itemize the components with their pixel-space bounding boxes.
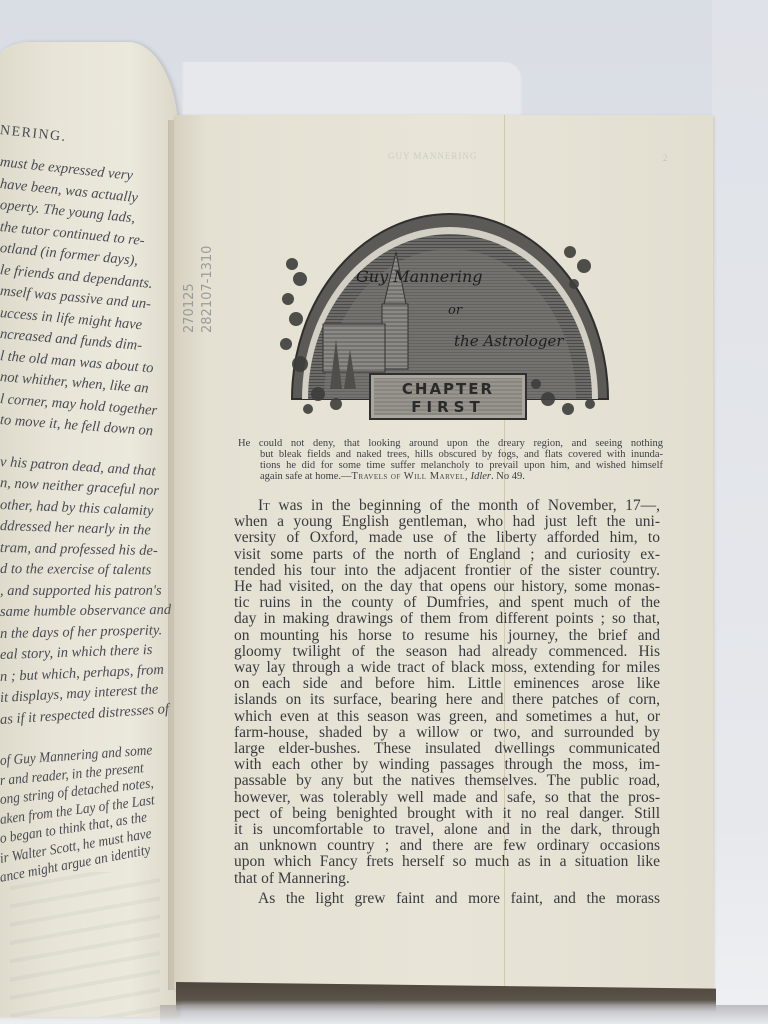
show-through-heading: GUY MANNERING — [388, 151, 477, 161]
show-through-text — [10, 872, 160, 1017]
next-paragraph-line: As the light grew faint and more faint, … — [234, 891, 660, 907]
body-line: He had visited, on the day that opens ou… — [234, 579, 660, 595]
chapter-label-line-1: CHAPTER — [402, 380, 494, 398]
headpiece-script-title-1: Guy Mannering — [356, 267, 483, 286]
epigraph-line-2: but bleak fields and naked trees, hills … — [238, 449, 663, 460]
body-line: versity of Oxford, made use of the liber… — [234, 530, 660, 546]
left-page-line: eal story, in which there is — [0, 642, 153, 664]
body-line: It was in the beginning of the month of … — [234, 498, 660, 514]
left-page-line: n the days of her prosperity. — [0, 622, 162, 643]
headpiece-script-title-2: or — [448, 303, 463, 318]
body-line: way lay through a wide tract of black mo… — [234, 660, 660, 676]
body-line: large elder-bushes. These insulated dwel… — [234, 741, 660, 757]
surface-shadow — [160, 1005, 768, 1024]
body-line: pect of being benighted brought with it … — [234, 806, 660, 822]
body-line: however, was tolerably well made and saf… — [234, 790, 660, 806]
background-surface — [712, 0, 768, 1024]
chapter-headpiece-engraving: Guy Mannering or the Astrologer CHAPTER … — [278, 204, 622, 422]
pencil-note-line-1: 270125 — [182, 283, 197, 333]
chapter-epigraph: He could not deny, that looking around u… — [238, 438, 663, 482]
body-line: tic ruins in the county of Dumfries, and… — [234, 595, 660, 611]
body-line: an unknown country ; and there are few o… — [234, 838, 660, 854]
left-page: NERING. must be expressed veryhave been,… — [0, 42, 178, 1017]
epigraph-line-3: tions he did for some time suffer melanc… — [238, 460, 663, 471]
epigraph-work: Idler — [471, 471, 491, 482]
left-page-line: same humble observance and — [0, 602, 171, 621]
body-line: that of Mannering. — [234, 871, 660, 887]
epigraph-line-1: He could not deny, that looking around u… — [238, 438, 663, 449]
headpiece-script-title-3: the Astrologer — [454, 332, 564, 350]
body-line: on each side and before him. Little emin… — [234, 676, 660, 692]
body-line: islands on its surface, bearing here and… — [234, 692, 660, 708]
left-page-line: ddressed her nearly in the — [0, 518, 151, 539]
body-line: it is uncomfortable to travel, alone and… — [234, 822, 660, 838]
show-through-page-number: 2 — [663, 153, 668, 163]
body-line: which even at this season was green, and… — [234, 709, 660, 725]
left-page-line: other, had by this calamity — [0, 497, 154, 520]
body-line: passable by any but the natives themselv… — [234, 773, 660, 789]
chapter-label-line-2: FIRST — [411, 398, 484, 416]
body-line: tended his tour into the adjacent fronti… — [234, 563, 660, 579]
pencil-annotation: 270125 282107-1310 — [178, 155, 238, 335]
body-line: with each other by winding passages thro… — [234, 757, 660, 773]
body-line: when a young English gentleman, who had … — [234, 514, 660, 530]
body-line: visit some parts of the north of England… — [234, 547, 660, 563]
body-line: farm-house, shaded by a willow or two, a… — [234, 725, 660, 741]
epigraph-number: . No 49. — [491, 471, 525, 482]
body-line: gloomy twilight of the season had alread… — [234, 644, 660, 660]
body-line: on mounting his horse to resume his jour… — [234, 628, 660, 644]
dropcap-word: It — [258, 497, 270, 514]
body-line: day in making drawings of them from diff… — [234, 611, 660, 627]
left-running-head: NERING. — [0, 123, 67, 146]
left-page-line: tram, and professed his de- — [0, 540, 158, 560]
body-line-text: was in the beginning of the month of Nov… — [270, 497, 660, 514]
chapter-body-text: It was in the beginning of the month of … — [234, 498, 660, 907]
left-page-line: d to the exercise of talents — [0, 561, 151, 579]
pencil-note-line-2: 282107-1310 — [200, 246, 215, 333]
body-line: upon which Fancy frets herself so much a… — [234, 854, 660, 870]
epigraph-source: Travels of Will Marvel, — [352, 471, 468, 482]
left-page-line: , and supported his patron's — [0, 582, 162, 599]
epigraph-line-4: again safe at home.—Travels of Will Marv… — [238, 471, 663, 482]
epigraph-text-end: again safe at home.— — [260, 471, 352, 482]
